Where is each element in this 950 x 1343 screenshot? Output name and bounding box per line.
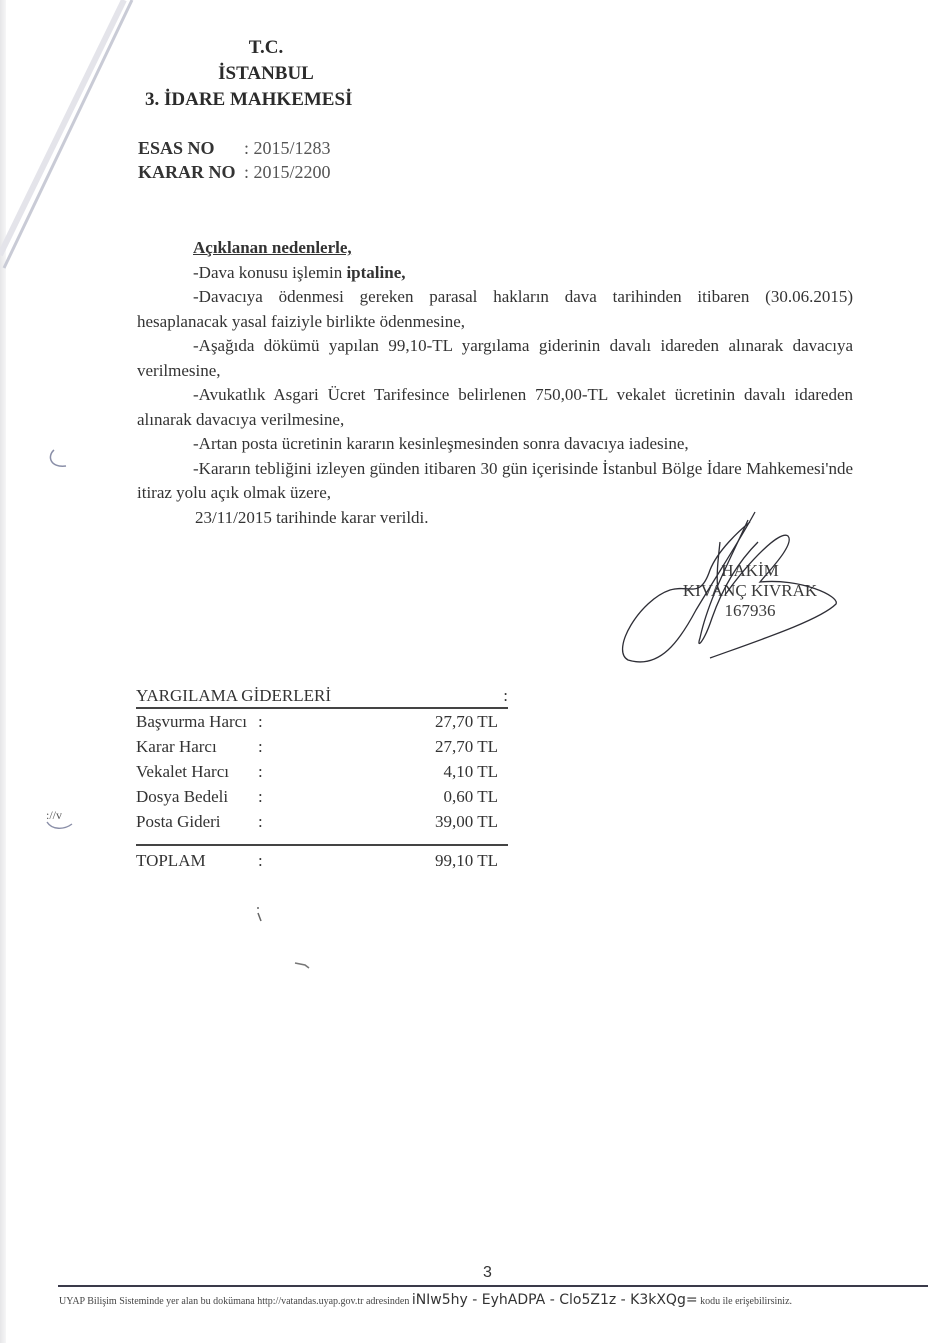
header-city: İSTANBUL [146,61,386,87]
trial-costs-title-colon: : [503,686,508,706]
trial-costs-total-row: TOPLAM : 99,10 TL [136,848,508,873]
esas-no-row: ESAS NO: 2015/1283 [138,136,331,160]
trial-costs-rows: Başvurma Harcı:27,70 TLKarar Harcı:27,70… [136,709,508,834]
cost-colon: : [258,709,298,734]
ruling-item-appeal: -Kararın tebliğini izleyen günden itibar… [137,457,853,506]
footer-divider [58,1285,928,1287]
cost-value: 27,70 TL [298,734,498,759]
trial-cost-row: Karar Harcı:27,70 TL [136,734,508,759]
ink-speck-icon [255,905,265,925]
cost-value: 4,10 TL [298,759,498,784]
cost-colon: : [258,809,298,834]
header-court: 3. İDARE MAHKEMESİ [145,87,352,113]
ruling-item-annulment: -Dava konusu işlemin iptaline, [137,261,853,286]
total-value: 99,10 TL [298,848,498,873]
cost-label: Başvurma Harcı [136,709,258,734]
hole-punch-mark-icon [44,446,74,472]
trial-cost-row: Vekalet Harcı:4,10 TL [136,759,508,784]
trial-costs-title: YARGILAMA GİDERLERİ [136,686,331,706]
trial-cost-row: Posta Gideri:39,00 TL [136,809,508,834]
trial-costs-title-row: YARGILAMA GİDERLERİ : [136,686,508,709]
trial-cost-row: Dosya Bedeli:0,60 TL [136,784,508,809]
hole-punch-mark-icon [44,818,76,832]
handwritten-signature-icon [600,500,860,700]
trial-costs-total-divider [136,844,508,846]
footer-verification-text: UYAP Bilişim Sisteminde yer alan bu dokü… [59,1292,792,1308]
trial-cost-row: Başvurma Harcı:27,70 TL [136,709,508,734]
cost-colon: : [258,734,298,759]
ruling-item-trial-costs: -Aşağıda dökümü yapılan 99,10-TL yargıla… [137,334,853,383]
cost-label: Posta Gideri [136,809,258,834]
trial-costs-table: YARGILAMA GİDERLERİ : Başvurma Harcı:27,… [136,686,508,873]
karar-no-value: : 2015/2200 [244,162,331,182]
verification-code: iNIw5hy - EyhADPA - Clo5Z1z - K3kXQg= [412,1292,698,1308]
cost-value: 0,60 TL [298,784,498,809]
cost-value: 39,00 TL [298,809,498,834]
cost-label: Karar Harcı [136,734,258,759]
footer-prefix: UYAP Bilişim Sisteminde yer alan bu dokü… [59,1296,409,1307]
fold-line-decoration [0,0,160,290]
header-country: T.C. [146,35,386,61]
cost-label: Vekalet Harcı [136,759,258,784]
esas-no-label: ESAS NO [138,136,244,160]
cost-colon: : [258,759,298,784]
ruling-item-monetary-rights: -Davacıya ödenmesi gereken parasal hakla… [137,285,853,334]
cost-label: Dosya Bedeli [136,784,258,809]
ruling-item-postage-refund: -Artan posta ücretinin kararın kesinleşm… [137,432,853,457]
ruling-heading: Açıklanan nedenlerle, [193,236,853,261]
ink-speck-icon [293,960,313,970]
cost-colon: : [258,784,298,809]
cost-value: 27,70 TL [298,709,498,734]
esas-no-value: : 2015/1283 [244,138,331,158]
ruling-body: Açıklanan nedenlerle, -Dava konusu işlem… [137,236,853,530]
karar-no-label: KARAR NO [138,160,244,184]
ruling-item-bold: iptaline, [346,263,405,282]
ruling-item-text: -Dava konusu işlemin [193,263,346,282]
karar-no-row: KARAR NO: 2015/2200 [138,160,331,184]
ruling-item-attorney-fee: -Avukatlık Asgari Ücret Tarifesince beli… [137,383,853,432]
page-number: 3 [483,1264,492,1282]
footer-suffix: kodu ile erişebilirsiniz. [700,1296,792,1307]
total-colon: : [258,848,298,873]
total-label: TOPLAM [136,848,258,873]
